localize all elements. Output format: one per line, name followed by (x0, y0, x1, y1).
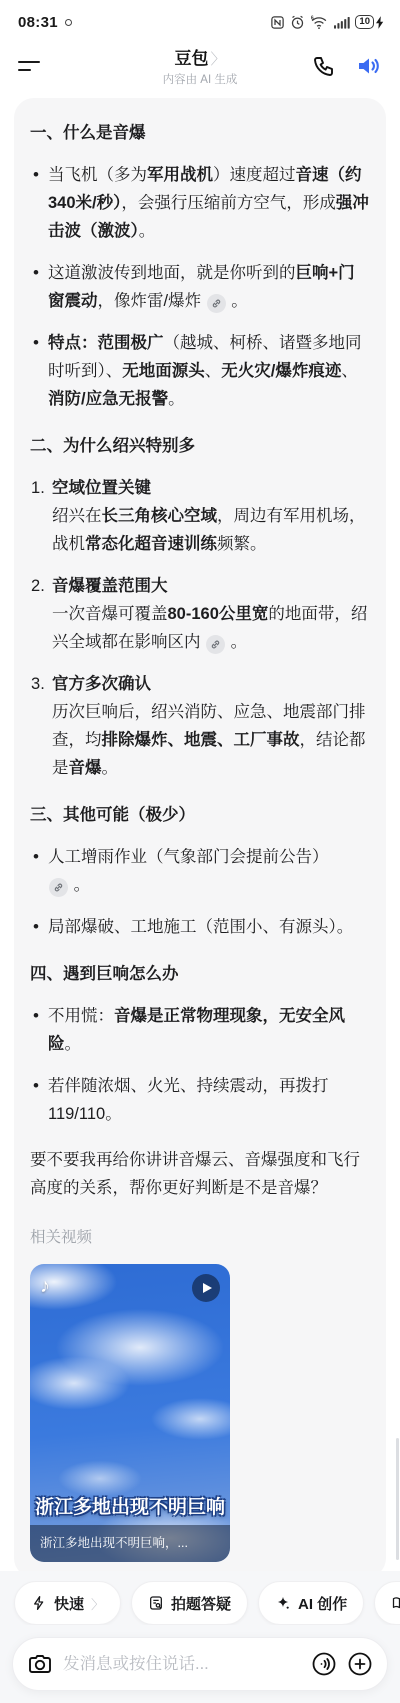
bold-text: 消防/应急无报警 (48, 390, 168, 408)
chip-ai-create[interactable]: AI 创作 (258, 1581, 364, 1625)
text: 、 (205, 362, 222, 380)
chip-label: 拍题答疑 (171, 1593, 231, 1614)
section-heading: 一、什么是音爆 (30, 119, 370, 147)
message-input-bar (12, 1637, 388, 1691)
list-item: 若伴随浓烟、火光、持续震动，再拨打119/110。 (30, 1072, 370, 1128)
camera-icon[interactable] (27, 1652, 53, 1676)
svg-text:6: 6 (311, 15, 314, 21)
text: 人工增雨作业（气象部门会提前公告） (48, 848, 329, 866)
bullet-list: 当飞机（多为军用战机）速度超过音速（约340米/秒），会强行压缩前方空气，形成强… (30, 161, 370, 413)
section-heading: 三、其他可能（极少） (30, 801, 370, 829)
related-video-card[interactable]: ♪ 浙江多地出现不明巨响 浙江多地出现不明巨响，... (30, 1264, 230, 1562)
text: 。 (69, 876, 90, 894)
chevron-right-icon: 〉 (91, 1594, 104, 1613)
text: ，会强行压缩前方空气，形成 (121, 194, 336, 212)
section-heading: 四、遇到巨响怎么办 (30, 960, 370, 988)
text: 绍兴在 (52, 507, 102, 525)
bold-text: 音爆 (69, 759, 102, 777)
video-overlay-title: 浙江多地出现不明巨响 (30, 1494, 230, 1522)
bold-text: 空域位置关键 (52, 479, 151, 497)
signal-icon (333, 15, 350, 30)
chip-quick[interactable]: 快速 〉 (14, 1581, 121, 1625)
text: 。 (139, 222, 156, 240)
sparkle-icon (275, 1595, 291, 1611)
list-item: 不用慌：音爆是正常物理现象，无安全风险。 (30, 1002, 370, 1058)
list-item: 特点：范围极广（越城、柯桥、诸暨多地同时听到）、无地面源头、无火灾/爆炸痕迹、消… (30, 329, 370, 413)
phone-call-icon[interactable] (312, 54, 336, 78)
status-dot-icon (65, 19, 72, 26)
text: 这道激波传到地面，就是你听到的 (48, 264, 296, 282)
bold-text: 排除爆炸、地震、工厂事故 (102, 731, 300, 749)
scrollbar-thumb[interactable] (396, 1438, 399, 1560)
closing-question: 要不要我再给你讲讲音爆云、音爆强度和飞行高度的关系，帮你更好判断是不是音爆？ (30, 1146, 370, 1202)
bold-text: 无地面源头 (122, 362, 205, 380)
link-icon[interactable] (206, 635, 225, 654)
text: ）速度超过 (213, 166, 296, 184)
text: 当飞机（多为 (48, 166, 147, 184)
plus-icon[interactable] (347, 1651, 373, 1677)
quick-action-chips: 快速 〉 拍题答疑 AI 创作 豆包爱学 (0, 1581, 400, 1625)
voice-call-icon[interactable] (311, 1651, 337, 1677)
list-item: 当飞机（多为军用战机）速度超过音速（约340米/秒），会强行压缩前方空气，形成强… (30, 161, 370, 245)
nfc-icon (270, 15, 285, 30)
link-icon[interactable] (207, 294, 226, 313)
list-item: 人工增雨作业（气象部门会提前公告） 。 (30, 843, 370, 899)
play-icon[interactable] (192, 1274, 220, 1302)
alarm-icon (290, 15, 305, 30)
chip-label: 快速 (54, 1593, 84, 1614)
book-icon (391, 1595, 400, 1611)
text: 。 (168, 390, 185, 408)
link-icon[interactable] (49, 878, 68, 897)
chip-photo-question[interactable]: 拍题答疑 (131, 1581, 248, 1625)
text: 不用慌： (48, 1007, 114, 1025)
numbered-list: 空域位置关键绍兴在长三角核心空域，周边有军用机场，战机常态化超音速训练频繁。 音… (30, 474, 370, 782)
charging-bolt-icon (376, 16, 384, 29)
text: 一次音爆可覆盖 (52, 605, 168, 623)
bold-text: 常态化超音速训练 (85, 535, 217, 553)
bullet-list: 不用慌：音爆是正常物理现象，无安全风险。 若伴随浓烟、火光、持续震动，再拨打11… (30, 1002, 370, 1128)
ai-message-bubble: 一、什么是音爆 当飞机（多为军用战机）速度超过音速（约340米/秒），会强行压缩… (14, 98, 386, 1578)
bold-text: 特点：范围极广 (48, 334, 164, 352)
bullet-list: 人工增雨作业（气象部门会提前公告） 。 局部爆破、工地施工（范围小、有源头）。 (30, 843, 370, 941)
section-heading: 二、为什么绍兴特别多 (30, 432, 370, 460)
clock: 08:31 (18, 14, 58, 31)
chevron-right-icon: 〉 (210, 51, 225, 68)
bold-text: 官方多次确认 (52, 675, 151, 693)
text: 局部爆破、工地施工（范围小、有源头）。 (48, 918, 353, 936)
battery-icon: 10 (355, 15, 384, 29)
bold-text: 无火灾/爆炸痕迹 (221, 362, 341, 380)
bold-text: 80-160公里宽 (168, 605, 269, 623)
chip-doubao-learn[interactable]: 豆包爱学 (374, 1581, 400, 1625)
text: 。 (102, 759, 119, 777)
bold-text: 长三角核心空域 (102, 507, 218, 525)
list-item: 音爆覆盖范围大一次音爆可覆盖80-160公里宽的地面带，绍兴全域都在影响区内 。 (30, 572, 370, 656)
text: 若伴随浓烟、火光、持续震动，再拨打119/110。 (48, 1077, 329, 1123)
douyin-icon: ♪ (40, 1272, 50, 1300)
related-videos-label: 相关视频 (30, 1224, 370, 1252)
menu-icon[interactable] (18, 61, 42, 72)
speaker-icon[interactable] (356, 54, 382, 78)
list-item: 这道激波传到地面，就是你听到的巨响+门窗震动，像炸雷/爆炸 。 (30, 259, 370, 315)
status-bar: 08:31 6 10 (0, 0, 400, 38)
wifi-icon: 6 (310, 15, 328, 30)
chip-label: AI 创作 (298, 1593, 347, 1614)
text: ，像炸雷/爆炸 (98, 292, 206, 310)
battery-level: 10 (355, 15, 374, 29)
bold-text: 军用战机 (147, 166, 213, 184)
lightning-icon (31, 1595, 47, 1611)
list-item: 空域位置关键绍兴在长三角核心空域，周边有军用机场，战机常态化超音速训练频繁。 (30, 474, 370, 558)
text: 、 (341, 362, 358, 380)
bottom-dock: 快速 〉 拍题答疑 AI 创作 豆包爱学 (0, 1571, 400, 1703)
text: 。 (226, 633, 247, 651)
chat-header: 豆包〉 内容由 AI 生成 (0, 38, 400, 94)
message-input[interactable] (63, 1655, 301, 1674)
list-item: 官方多次确认历次巨响后，绍兴消防、应急、地震部门排查，均排除爆炸、地震、工厂事故… (30, 670, 370, 782)
ai-generated-note: 内容由 AI 生成 (163, 71, 238, 87)
text: 。 (65, 1035, 82, 1053)
photo-question-icon (148, 1595, 164, 1611)
app-title[interactable]: 豆包 (174, 49, 208, 68)
text: 。 (227, 292, 248, 310)
list-item: 局部爆破、工地施工（范围小、有源头）。 (30, 913, 370, 941)
bold-text: 音爆覆盖范围大 (52, 577, 168, 595)
text: 频繁。 (217, 535, 267, 553)
video-caption: 浙江多地出现不明巨响，... (30, 1525, 230, 1562)
